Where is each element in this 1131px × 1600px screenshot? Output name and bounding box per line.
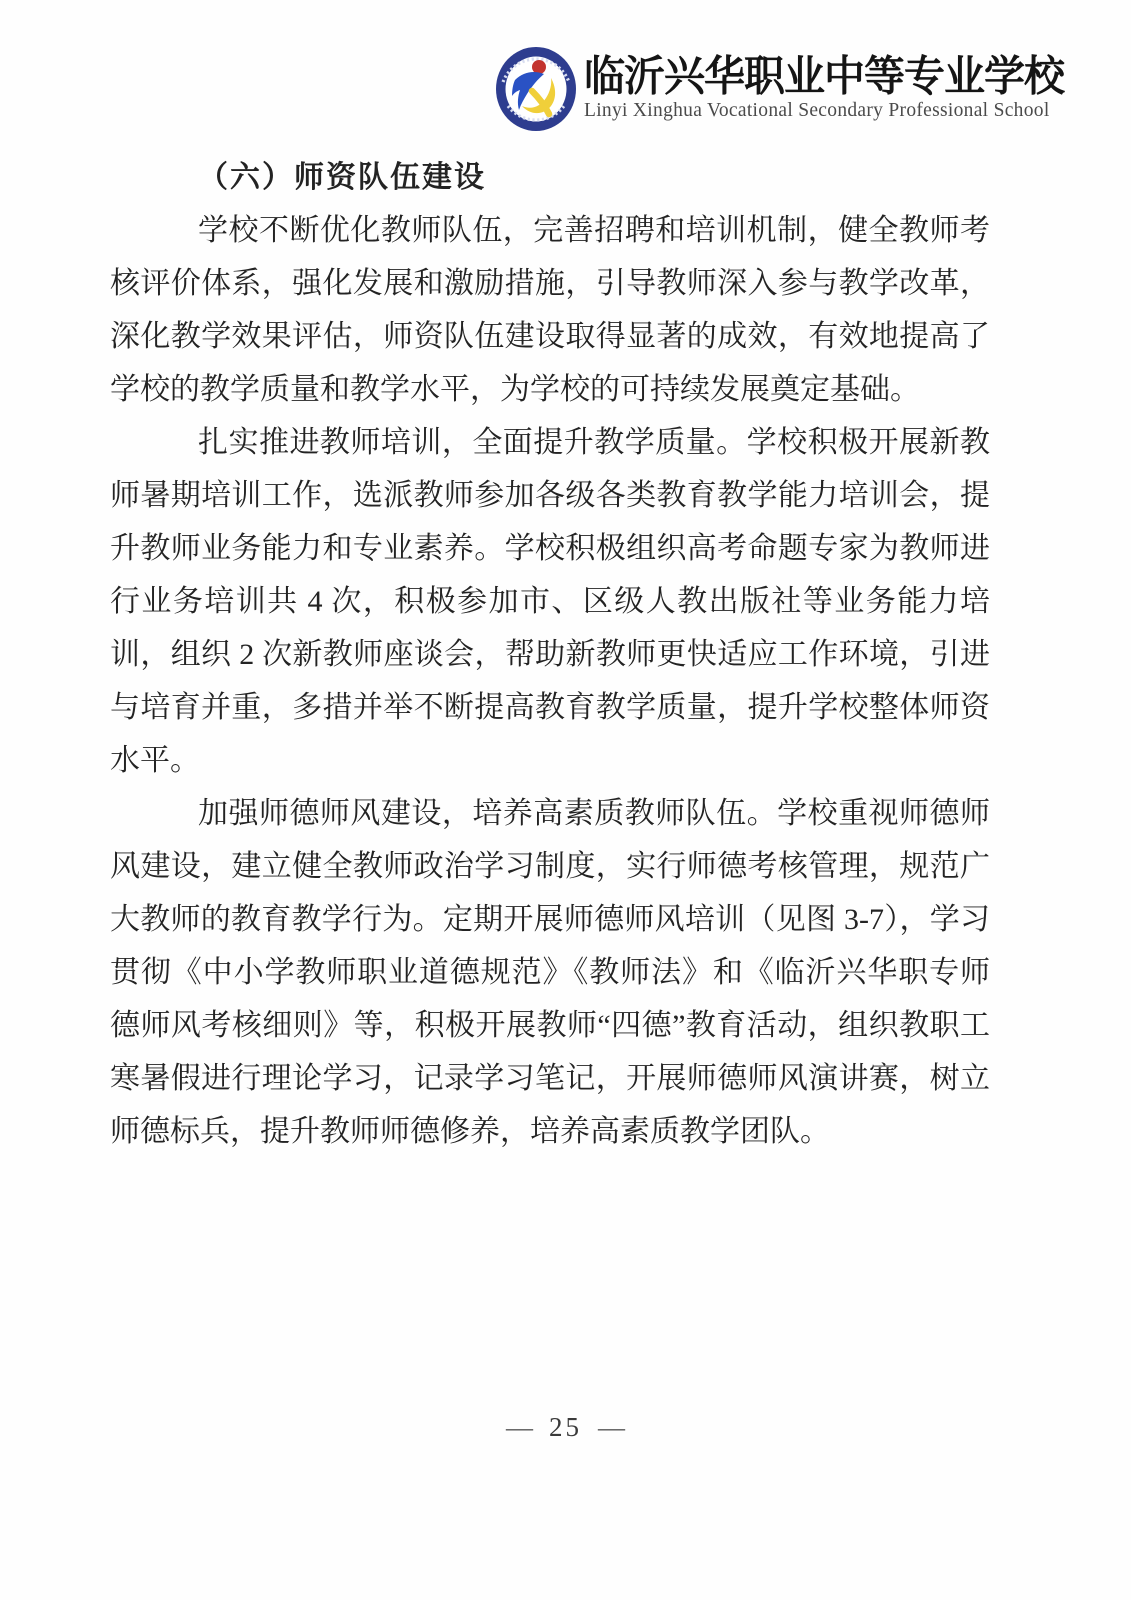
document-body: （六）师资队伍建设 学校不断优化教师队伍，完善招聘和培训机制，健全教师考核评价体… [110, 151, 990, 1158]
school-logo-icon [494, 46, 578, 132]
page-footer: —25— [0, 1412, 1131, 1443]
page-number-dash-right: — [598, 1412, 625, 1442]
document-page: { "page": { "background": "#fefefe", "wi… [0, 0, 1131, 1600]
school-header: 临沂兴华职业中等专业学校 Linyi Xinghua Vocational Se… [494, 46, 1064, 132]
section-heading: （六）师资队伍建设 [110, 151, 990, 204]
paragraph-teacher-training: 扎实推进教师培训，全面提升教学质量。学校积极开展新教师暑期培训工作，选派教师参加… [110, 416, 990, 787]
paragraph-teacher-team: 学校不断优化教师队伍，完善招聘和培训机制，健全教师考核评价体系，强化发展和激励措… [110, 204, 990, 416]
page-number-dash-left: — [506, 1412, 533, 1442]
page-number: 25 [549, 1412, 582, 1442]
paragraph-teacher-ethics: 加强师德师风建设，培养高素质教师队伍。学校重视师德师风建设，建立健全教师政治学习… [110, 787, 990, 1158]
school-name-chinese: 临沂兴华职业中等专业学校 [584, 54, 1064, 100]
school-title-block: 临沂兴华职业中等专业学校 Linyi Xinghua Vocational Se… [584, 46, 1064, 122]
school-name-english: Linyi Xinghua Vocational Secondary Profe… [584, 100, 1064, 122]
